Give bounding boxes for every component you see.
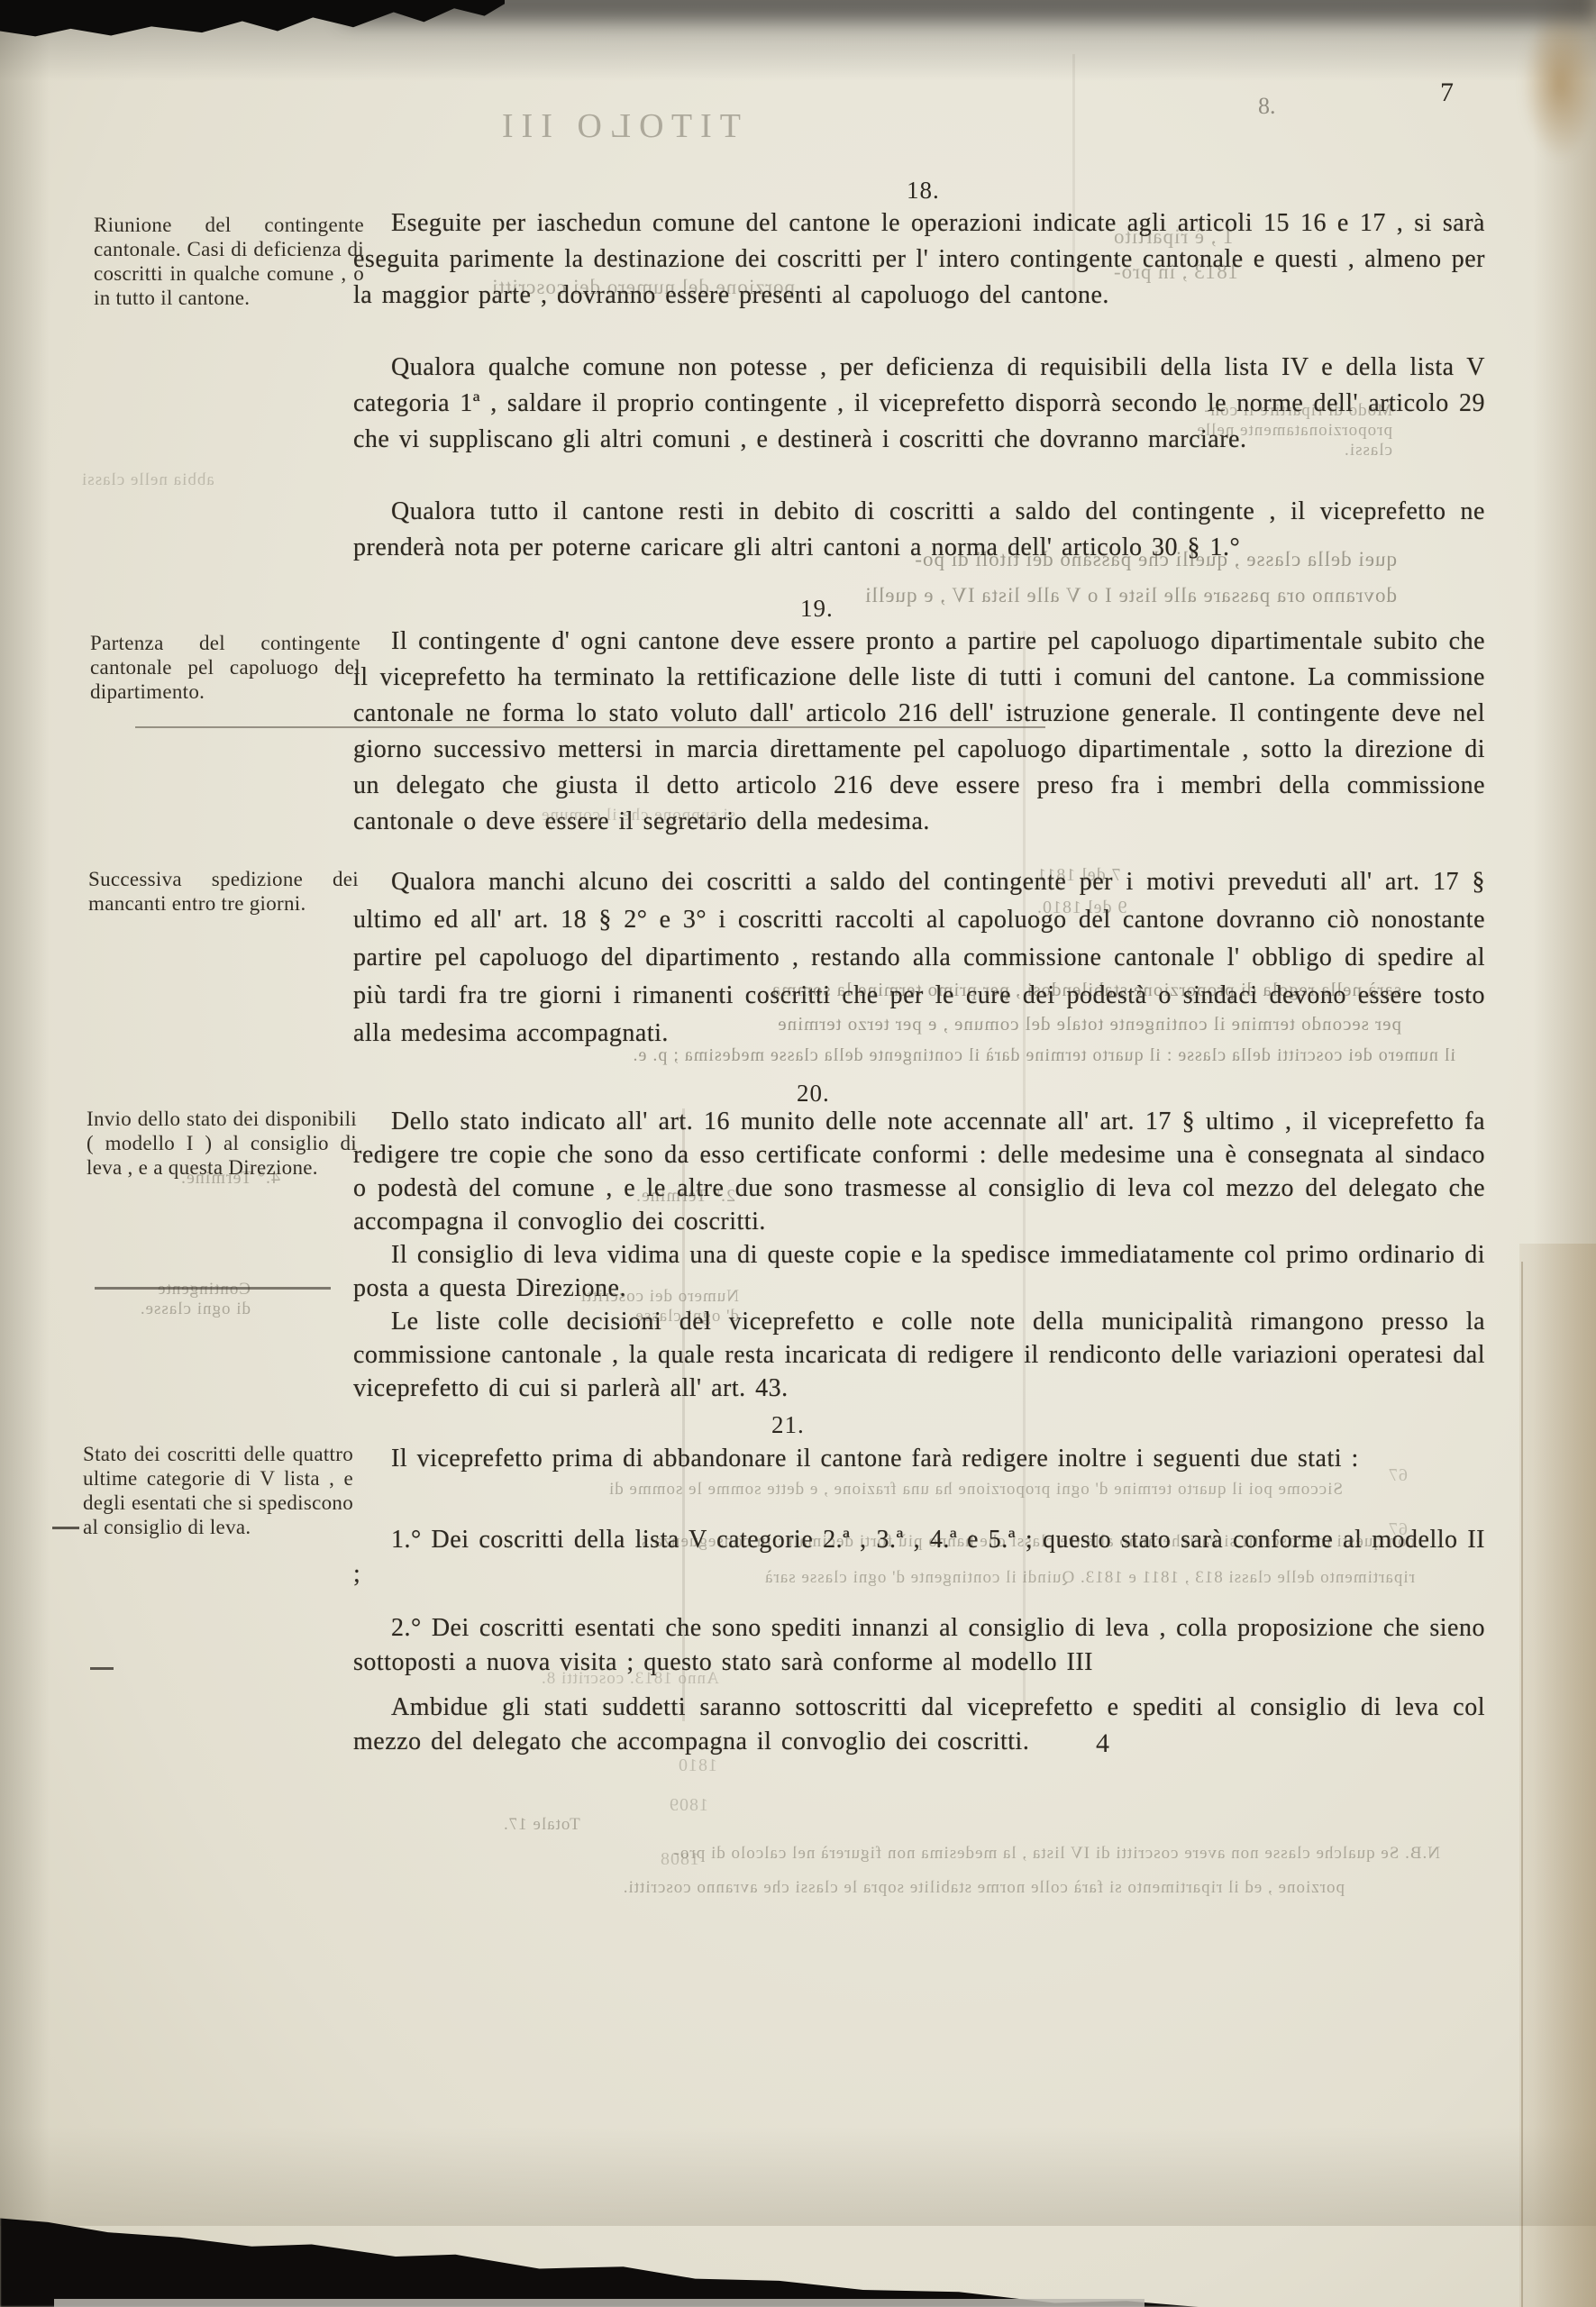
paragraph: Ambidue gli stati suddetti saranno sotto… (353, 1691, 1485, 1759)
paragraph: Qualora tutto il cantone resti in debito… (353, 494, 1485, 566)
paragraph: 1.° Dei coscritti della lista V categori… (353, 1523, 1485, 1591)
paragraph: Eseguite per iaschedun comune del canton… (353, 205, 1485, 314)
top-shadow-smudge (342, 0, 1596, 22)
margin-dash (90, 1667, 114, 1670)
margin-note-article-21: Stato dei coscritti delle quattro ultime… (83, 1442, 353, 1539)
paragraph: Qualora manchi alcuno dei coscritti a sa… (353, 863, 1485, 1053)
margin-dash (52, 1527, 79, 1529)
paragraph: Il contingente d' ogni cantone deve esse… (353, 624, 1485, 840)
page-fold-line (1521, 1262, 1523, 2307)
bleed-page-number: 8. (1258, 93, 1276, 120)
article-number-21: 21. (771, 1411, 805, 1439)
bleed-text: 1809 (669, 1795, 708, 1816)
bleed-text: TITOLO III (494, 106, 741, 146)
paragraph: Qualora qualche comune non potesse , per… (353, 350, 1485, 458)
bleed-text: Contingente di ogni classe. (97, 1280, 251, 1319)
bleed-text: porzione , ed il ripartimento si farà co… (200, 1878, 1345, 1898)
paragraph: Dello stato indicato all' art. 16 munito… (353, 1105, 1485, 1238)
horizontal-rule (95, 1287, 331, 1290)
article-number-20: 20. (797, 1080, 830, 1108)
bleed-text: Siccome poi il quarto termine d' ogni pr… (388, 1480, 1343, 1500)
bleed-text: N.B. Se qualche classe non avere coscrit… (242, 1844, 1440, 1864)
margin-note-article-18: Riunione del contingente cantonale. Casi… (94, 213, 364, 310)
bleed-text: abbia nelle classi (81, 470, 214, 490)
article-number-18: 18. (907, 177, 940, 205)
paragraph: Le liste colle decisioni del viceprefett… (353, 1305, 1485, 1405)
margin-note-article-19: Partenza del contingente cantonale pel c… (90, 631, 360, 704)
table-surface-strip (54, 2299, 1145, 2307)
paper-edge-shadow-bottom (0, 2127, 1596, 2226)
article-number-19: 19. (800, 595, 834, 623)
margin-note-article-19b: Successiva spedizione dei mancanti entro… (88, 867, 359, 916)
paragraph: Il viceprefetto prima di abbandonare il … (353, 1442, 1485, 1476)
brown-stain (1521, 7, 1596, 160)
paragraph: Il consiglio di leva vidima una di quest… (353, 1238, 1485, 1305)
scanned-document-photo: TITOLO III 1 , è ripartito 1813 , in pro… (0, 0, 1596, 2307)
margin-note-article-20: Invio dello stato dei disponibili ( mode… (87, 1107, 357, 1180)
bleed-text: Totale 17. (503, 1815, 580, 1835)
paragraph: 2.° Dei coscritti esentati che sono sped… (353, 1611, 1485, 1680)
paper-edge-shadow-left (0, 0, 50, 2307)
page-fold-tint (1519, 1244, 1596, 2307)
bleed-text: dovranno ora passare alle liste I o V al… (315, 584, 1397, 607)
page-number: 7 (1440, 78, 1454, 108)
